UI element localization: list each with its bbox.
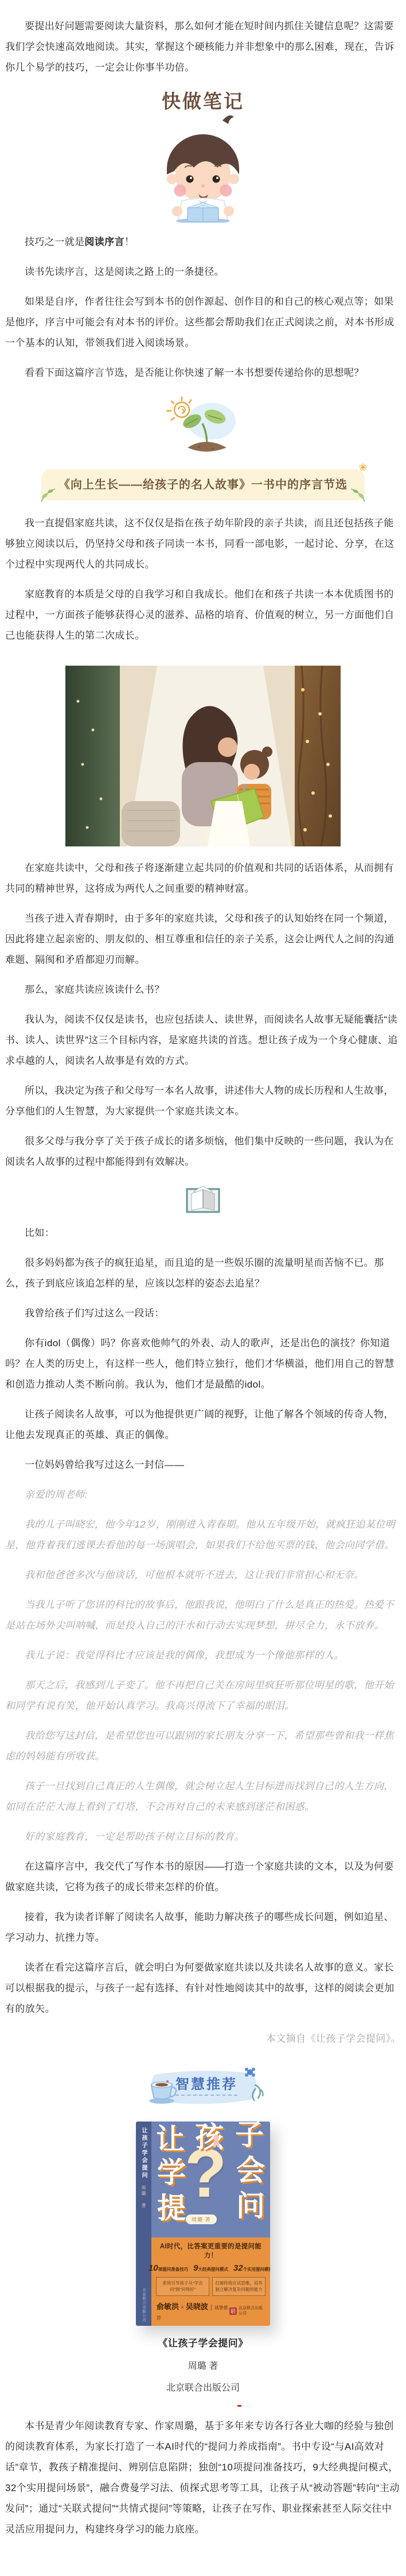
separator: | [210,2304,212,2311]
leaf-decoration-icon [38,487,57,503]
hair-tuft [222,115,234,124]
letter-paragraph: 我给您写这封信，是希望您也可以跟别的家长朋友分享一下，希望那些曾和我一样焦虑的妈… [5,1726,401,1767]
tiny-person-illustration [211,2134,221,2150]
title-char: 让 [156,2125,185,2154]
feature-text: 个实用提问模板 [243,2267,270,2272]
letter-paragraph: 好的家庭教育，一定是帮助孩子树立目标的教育。 [5,1827,401,1847]
paragraph: 我认为，阅读不仅仅是读书，也应包括读人、读世界，而阅读名人故事无疑能囊括“读书、… [5,1009,401,1071]
tip-suffix: ！ [124,236,134,247]
feature-number: 32 [233,2263,243,2273]
letter-paragraph: 亲爱的周老师: [5,1485,401,1505]
title-char: 学 [157,2158,186,2187]
feature-text: 大经典提问模式 [198,2267,228,2272]
book-cover[interactable]: 让孩子学会提问 周璐 著 北京联合出版公司 ? 让 孩 子 学 会 提 问 周璐… [136,2122,270,2326]
feature-number: 10 [149,2263,158,2273]
times-icon: × [181,2305,184,2311]
title-char: 子 [235,2122,264,2149]
cover-features: 10项提问准备技巧 9大经典提问模式 32个实用提问模板 [155,2263,267,2274]
paragraph: 家庭教育的本质是父母的自我学习和自我成长。他们在和孩子共读一本本优质图书的过程中… [5,584,401,646]
endorsers: 俞敏洪×吴晓波|诚挚推荐 [157,2301,229,2322]
title-char: 会 [236,2156,265,2185]
paragraph: 那么，家庭共读应该读什么书？ [5,980,401,1000]
article-body: 要提出好问题需要阅读大量资料，那么如何才能在短时间内抓住关键信息呢？这需要我们学… [0,0,406,2540]
book-description: 本书是青少年阅读教育专家、作家周璐，基于多年来专访各行各业大咖的经验与独创的阅读… [5,2416,401,2540]
feature-text: 项提问准备技巧 [158,2267,189,2272]
note-taking-boy-illustration: 快做笔记 [136,87,270,223]
paragraph: 你有idol（偶像）吗？你喜欢他帅气的外表、动人的歌声，还是出色的演技？你知道吗… [5,1333,401,1395]
recommendation-badge: 智慧推荐 [142,2065,264,2109]
note-title: 快做笔记 [162,91,244,112]
book-front: ? 让 孩 子 学 会 提 问 周璐 著 AI时代，比答案更重要的是提问能力！ … [151,2122,270,2326]
cover-tagline: AI时代，比答案更重要的是提问能力！ [155,2241,267,2260]
red-mark [237,2405,241,2407]
sprout-sun-illustration [160,393,246,457]
paragraph: 看看下面这篇序言节选，是否能让你快速了解一本书想要传递给你的思想呢？ [5,363,401,383]
tip-bold: 阅读序言 [84,236,124,247]
badge-label: 智慧推荐 [175,2078,237,2096]
paragraph: 我一直提倡家庭共读，这不仅仅是指在孩子幼年阶段的亲子共读，而且还包括孩子能够独立… [5,513,401,575]
cover-box-left: 系统引导孩子从“学会问”到“问得好” [156,2277,209,2296]
publisher-mark-icon: 联 [229,2307,237,2315]
book-caption-publisher: 北京联合出版公司 [5,2381,401,2396]
paragraph: 比如： [5,1223,401,1244]
paragraph: 在这篇序言中，我交代了写作本书的原因——打造一个家庭共读的文本，以及为何要做家庭… [5,1856,401,1898]
spine-publisher: 北京联合出版公司 [141,2288,146,2322]
paragraph: 如果是自序，作者往往会写到本书的创作源起、创作目的和自己的核心观点等；如果是他序… [5,292,401,353]
letter-paragraph: 我和他爸爸多次与他谈话，可他根本就听不进去，这让我们非常担心和无奈。 [5,1565,401,1586]
title-char: 问 [236,2192,265,2220]
publisher-logo: 联北京联合出版公司 [229,2306,265,2316]
publisher-name: 北京联合出版公司 [239,2306,265,2316]
paragraph: 所以，我决定为孩子和父母写一本名人故事，讲述伟大人物的成长历程和人生故事，分享他… [5,1081,401,1122]
book-caption-title: 《让孩子学会提问》 [5,2335,401,2352]
letter-paragraph: 当我儿子听了您讲的科比的故事后，他跟我说，他明白了什么是真正的热爱。热爱不是站在… [5,1595,401,1636]
cover-box-right: 打破传统应试思维，培养独立解决复杂问题的能力 [212,2277,266,2296]
preface-banner: 《向上生长——给孩子的名人故事》一书中的序言节选 ❀ [41,469,365,500]
letter-paragraph: 我儿子说：我觉得科比才应该是我的偶像，我想成为一个像他那样的人。 [5,1645,401,1666]
note-taking-boy-figure[interactable]: 快做笔记 [5,87,401,223]
family-reading-photo-illustration [65,666,341,846]
paragraph: 很多妈妈都为孩子的疯狂追星，而且追的是一些娱乐圈的流量明星而苦恼不已。那么，孩子… [5,1253,401,1294]
endorser-name: 吴晓波 [186,2302,208,2311]
book-caption-author: 周璐 著 [5,2359,401,2374]
letter-paragraph: 我的儿子叫晓宏，他今年12岁，刚刚进入青春期。他从五年级开始，就疯狂追某位明星，… [5,1514,401,1556]
tip-prefix: 技巧之一就是 [25,236,84,247]
spine-author: 周璐 著 [140,2185,147,2209]
open-book-icon [185,1182,221,1214]
paragraph: 让孩子阅读名人故事，可以为他提供更广阔的视野，让他了解各个领域的传奇人物，让他去… [5,1404,401,1446]
letter-paragraph: 那天之后，我感到儿子变了。他不再把自己关在房间里疯狂听那位明星的歌，他开始和同学… [5,1675,401,1716]
letter-paragraph: 孩子一旦找到自己真正的人生偶像，就会树立起人生目标进而找到自己的人生方向，如同在… [5,1776,401,1817]
banner-title: 《向上生长——给孩子的名人故事》一书中的序言节选 [58,479,348,491]
title-char: 提 [157,2194,186,2223]
paragraph: 很多父母与我分享了关于孩子成长的诸多烦恼，他们集中反映的一些问题，我认为在阅读名… [5,1131,401,1172]
family-reading-photo[interactable] [5,666,401,846]
paragraph: 我曾给孩子们写过这么一段话： [5,1303,401,1324]
endorser-name: 俞敏洪 [157,2302,179,2311]
open-book-figure [5,1182,401,1214]
sprout-figure[interactable] [5,393,401,457]
paragraph: 在家庭共读中，父母和孩子将逐渐建立起共同的价值观和共同的话语体系，从而拥有共同的… [5,858,401,899]
leaf-decoration-icon [349,487,368,503]
paragraph: 一位妈妈曾给我写过这么一封信—— [5,1455,401,1475]
source-attribution: 本文摘自《让孩子学会提问》。 [5,2029,401,2049]
cover-title-area: ? 让 孩 子 学 会 提 问 周璐 著 [151,2122,270,2237]
soil-mound [188,442,227,452]
paragraph: 技巧之一就是阅读序言！ [5,232,401,252]
paragraph: 读者在看完这篇序言后，就会明白为何要做家庭共读以及共读名人故事的意义。家长可以根… [5,1957,401,2019]
paragraph: 当孩子进入青春期时，由于多年的家庭共读，父母和孩子的认知始终在同一个频道，因此将… [5,908,401,970]
spine-title: 让孩子学会提问 [139,2127,148,2179]
paragraph: 接着，我为读者详解了阅读名人故事，能助力解决孩子的哪些成长问题，例如追星、学习动… [5,1907,401,1948]
paragraph: 读书先读序言，这是阅读之路上的一条捷径。 [5,262,401,282]
cover-author-oval: 周璐 著 [186,2214,217,2224]
book-spine: 让孩子学会提问 周璐 著 北京联合出版公司 [136,2122,151,2326]
cover-info-area: AI时代，比答案更重要的是提问能力！ 10项提问准备技巧 9大经典提问模式 32… [151,2237,270,2326]
flower-decoration-icon: ❀ [359,463,367,472]
paragraph: 要提出好问题需要阅读大量资料，那么如何才能在短时间内抓住关键信息呢？这需要我们学… [5,16,401,78]
